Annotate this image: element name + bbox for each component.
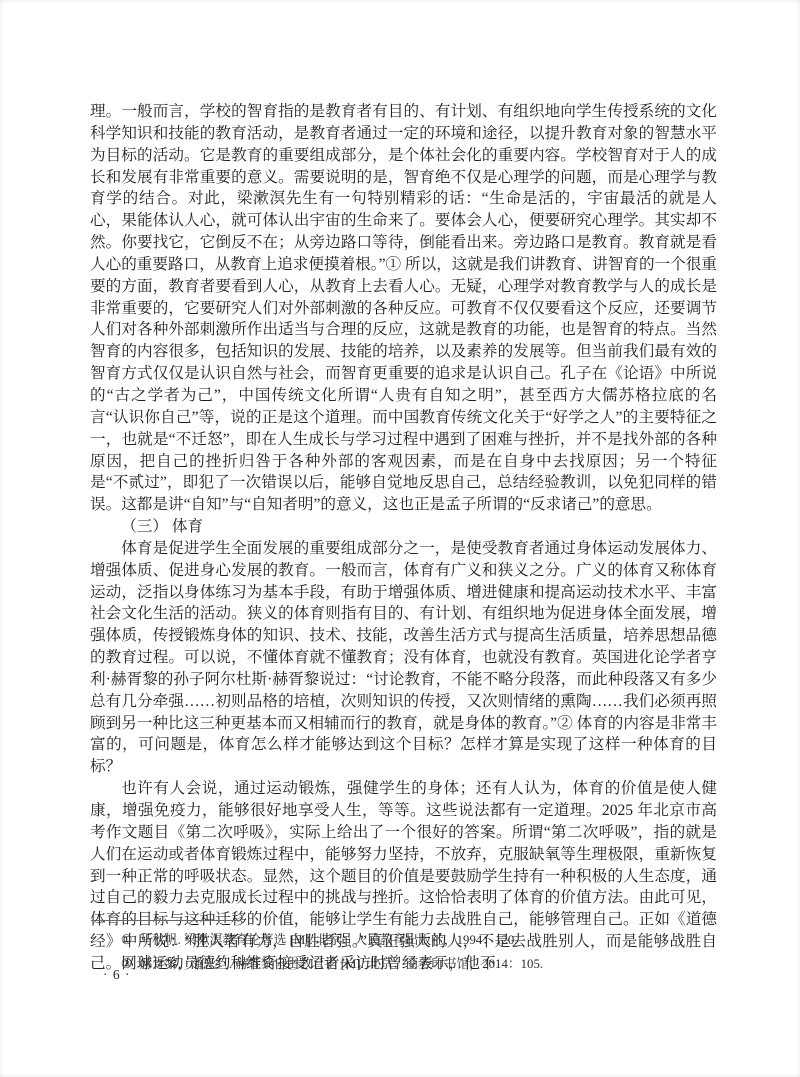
footnotes-section: ①马秋帆. 梁漱溟教育论著选 [M]. 北京：人民教育出版社，1994：120.… bbox=[90, 928, 717, 976]
paragraph-intellectual-education: 理。一般而言，学校的智育指的是教育者有目的、有计划、有组织地向学生传授系统的文化… bbox=[90, 101, 717, 516]
main-text: 理。一般而言，学校的智育指的是教育者有目的、有计划、有组织地向学生传授系统的文化… bbox=[90, 101, 717, 975]
footnote-divider bbox=[91, 920, 241, 921]
footnote-2-text: 赫胥黎，潘光旦. 赫胥黎自由教育论 [M]. 北京：商务印书馆，2014：105… bbox=[139, 957, 543, 971]
page-number: · 6 · bbox=[103, 967, 131, 983]
paragraph-physical-education-definition: 体育是促进学生全面发展的重要组成部分之一，是使受教育者通过身体运动发展体力、增强… bbox=[90, 538, 717, 778]
footnote-1-text: 马秋帆. 梁漱溟教育论著选 [M]. 北京：人民教育出版社，1994：120. bbox=[139, 933, 517, 947]
footnote-1: ①马秋帆. 梁漱溟教育论著选 [M]. 北京：人民教育出版社，1994：120. bbox=[90, 928, 717, 952]
footnote-1-marker: ① bbox=[121, 933, 132, 947]
footnote-2: ②赫胥黎，潘光旦. 赫胥黎自由教育论 [M]. 北京：商务印书馆，2014：10… bbox=[90, 952, 717, 976]
section-heading-physical-education: （三） 体育 bbox=[90, 516, 717, 538]
document-page: 理。一般而言，学校的智育指的是教育者有目的、有计划、有组织地向学生传授系统的文化… bbox=[0, 0, 800, 1077]
